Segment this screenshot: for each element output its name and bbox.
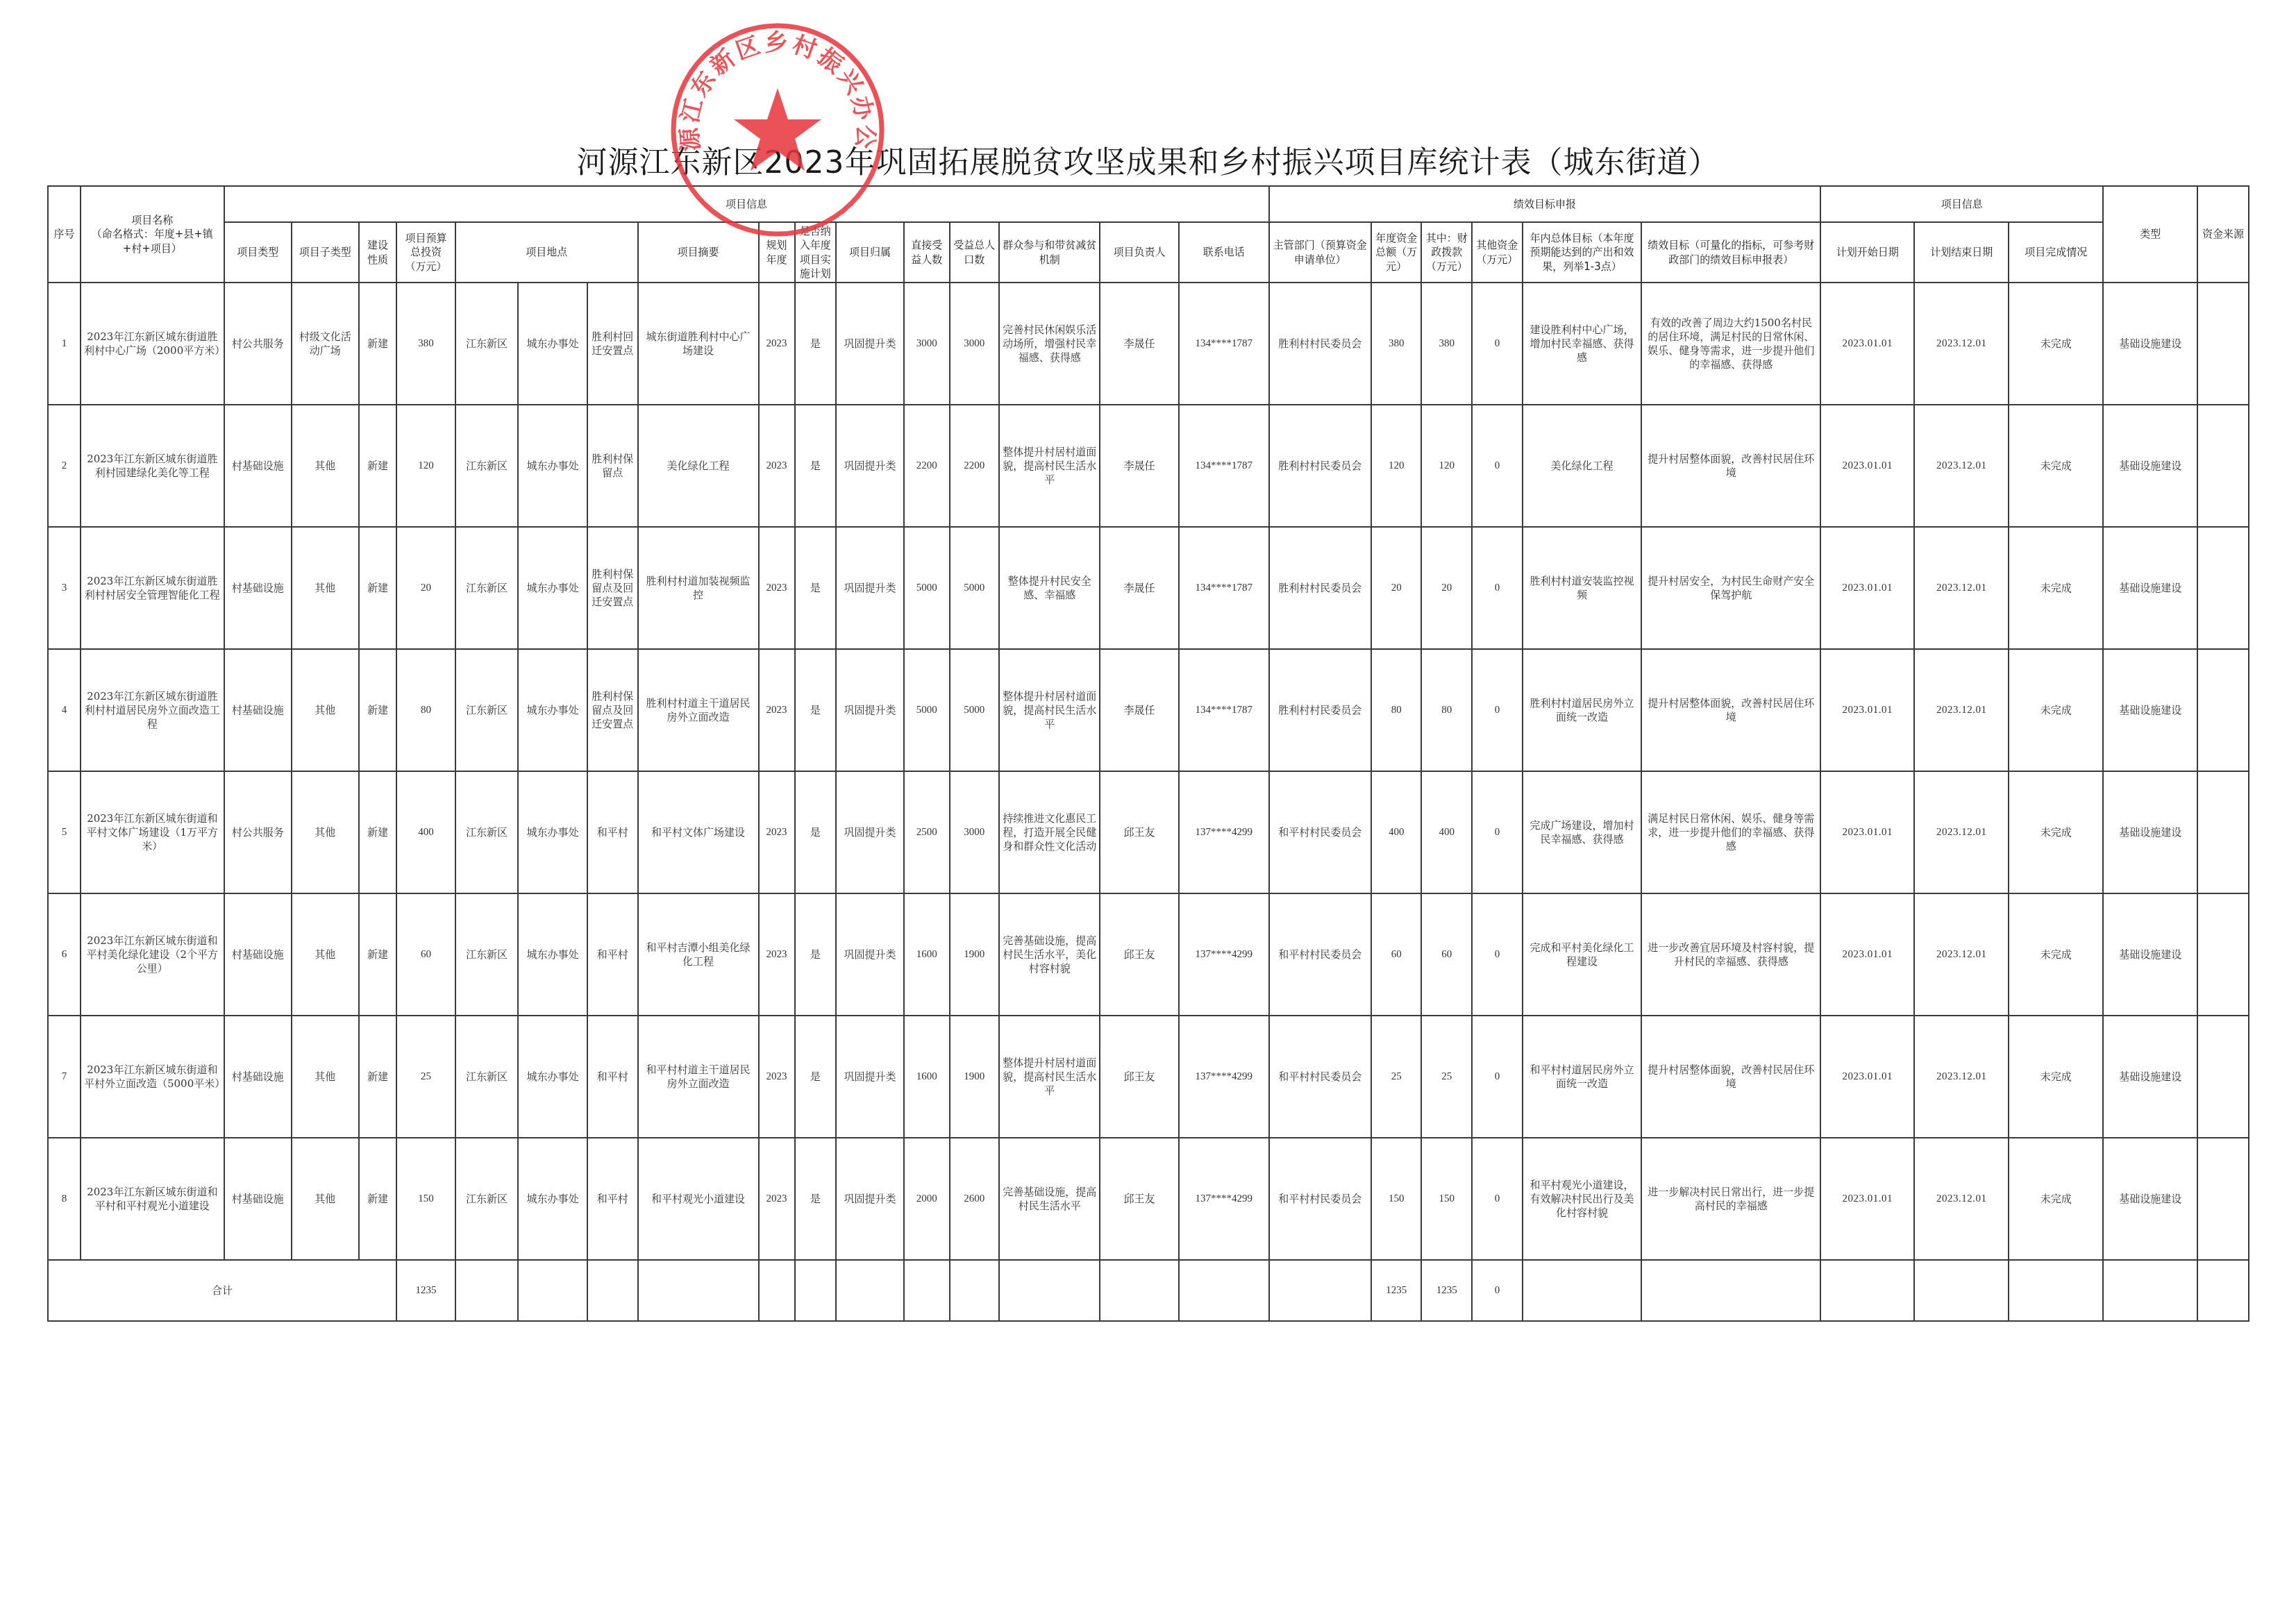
cell-location-office: 城东办事处 bbox=[518, 893, 587, 1016]
cell-mechanism: 整体提升村居村道面貌，提高村民生活水平 bbox=[999, 1016, 1100, 1138]
cell-location-office: 城东办事处 bbox=[518, 283, 587, 405]
cell-mechanism: 完善村民休闲娱乐活动场所，增强村民幸福感、获得感 bbox=[999, 283, 1100, 405]
cell-end-date: 2023.12.01 bbox=[1914, 1138, 2009, 1260]
cell-affiliation: 巩固提升类 bbox=[836, 527, 904, 649]
cell-fund-total: 380 bbox=[1371, 283, 1422, 405]
cell-affiliation: 巩固提升类 bbox=[836, 1138, 904, 1260]
cell-completion-status: 未完成 bbox=[2009, 649, 2103, 771]
cell-fiscal: 20 bbox=[1421, 527, 1472, 649]
header-group-project-info-2: 项目信息 bbox=[1820, 186, 2103, 222]
cell-project-subtype: 其他 bbox=[292, 893, 359, 1016]
cell-leader: 邱王友 bbox=[1100, 1138, 1179, 1260]
cell-affiliation: 巩固提升类 bbox=[836, 405, 904, 527]
cell-summary: 和平村村道主干道居民房外立面改造 bbox=[638, 1016, 759, 1138]
cell-total-beneficiaries: 2600 bbox=[950, 1138, 1000, 1260]
header-summary: 项目摘要 bbox=[638, 222, 759, 283]
cell-other-funds: 0 bbox=[1472, 771, 1523, 893]
cell-fund-source bbox=[2197, 1016, 2249, 1138]
cell-annual-goal: 建设胜利村中心广场，增加村民幸福感、获得感 bbox=[1523, 283, 1642, 405]
cell-fiscal: 80 bbox=[1421, 649, 1472, 771]
cell-annual-goal: 美化绿化工程 bbox=[1523, 405, 1642, 527]
cell-fund-total: 150 bbox=[1371, 1138, 1422, 1260]
cell-fiscal: 120 bbox=[1421, 405, 1472, 527]
cell-location-district: 江东新区 bbox=[455, 649, 518, 771]
header-location: 项目地点 bbox=[455, 222, 638, 283]
cell-end-date: 2023.12.01 bbox=[1914, 527, 2009, 649]
cell-fund-source bbox=[2197, 283, 2249, 405]
cell-plan-year: 2023 bbox=[759, 527, 795, 649]
cell-in-plan: 是 bbox=[795, 893, 836, 1016]
cell-location-office: 城东办事处 bbox=[518, 527, 587, 649]
cell-construction-nature: 新建 bbox=[359, 771, 396, 893]
total-label: 合计 bbox=[48, 1260, 396, 1321]
header-other-funds: 其他资金（万元） bbox=[1472, 222, 1523, 283]
header-project-type: 项目类型 bbox=[224, 222, 292, 283]
cell-fund-source bbox=[2197, 1138, 2249, 1260]
cell-project-type: 村基础设施 bbox=[224, 527, 292, 649]
cell-construction-nature: 新建 bbox=[359, 527, 396, 649]
cell-phone: 134****1787 bbox=[1179, 527, 1269, 649]
cell-department: 胜利村村民委员会 bbox=[1269, 649, 1371, 771]
header-end-date: 计划结束日期 bbox=[1914, 222, 2009, 283]
cell-fund-total: 20 bbox=[1371, 527, 1422, 649]
cell-direct-beneficiaries: 5000 bbox=[904, 527, 949, 649]
cell-project-subtype: 其他 bbox=[292, 527, 359, 649]
cell-performance-goal: 进一步改善宜居环境及村容村貌，提升村民的幸福感、获得感 bbox=[1641, 893, 1820, 1016]
header-phone: 联系电话 bbox=[1179, 222, 1269, 283]
cell-phone: 134****1787 bbox=[1179, 405, 1269, 527]
cell-mechanism: 整体提升村居村道面貌，提高村民生活水平 bbox=[999, 405, 1100, 527]
cell-category: 基础设施建设 bbox=[2103, 649, 2197, 771]
cell-annual-goal: 和平村观光小道建设，有效解决村民出行及美化村容村貌 bbox=[1523, 1138, 1642, 1260]
svg-text:河源江东新区乡村振兴办公室: 河源江东新区乡村振兴办公室 bbox=[663, 15, 880, 152]
cell-fiscal: 25 bbox=[1421, 1016, 1472, 1138]
cell-budget: 80 bbox=[396, 649, 455, 771]
cell-fund-total: 60 bbox=[1371, 893, 1422, 1016]
cell-in-plan: 是 bbox=[795, 283, 836, 405]
cell-other-funds: 0 bbox=[1472, 1016, 1523, 1138]
cell-seq: 5 bbox=[48, 771, 81, 893]
cell-end-date: 2023.12.01 bbox=[1914, 283, 2009, 405]
cell-location-village: 和平村 bbox=[587, 1016, 638, 1138]
total-fiscal: 1235 bbox=[1421, 1260, 1472, 1321]
cell-leader: 邱王友 bbox=[1100, 1016, 1179, 1138]
cell-performance-goal: 提升村居整体面貌，改善村民居住环境 bbox=[1641, 1016, 1820, 1138]
cell-completion-status: 未完成 bbox=[2009, 527, 2103, 649]
cell-department: 和平村村民委员会 bbox=[1269, 1016, 1371, 1138]
header-project-subtype: 项目子类型 bbox=[292, 222, 359, 283]
cell-location-district: 江东新区 bbox=[455, 283, 518, 405]
cell-start-date: 2023.01.01 bbox=[1820, 283, 1914, 405]
cell-fiscal: 60 bbox=[1421, 893, 1472, 1016]
cell-annual-goal: 完成和平村美化绿化工程建设 bbox=[1523, 893, 1642, 1016]
cell-start-date: 2023.01.01 bbox=[1820, 527, 1914, 649]
cell-construction-nature: 新建 bbox=[359, 1138, 396, 1260]
cell-plan-year: 2023 bbox=[759, 1016, 795, 1138]
header-direct-beneficiaries: 直接受益人数 bbox=[904, 222, 949, 283]
cell-phone: 134****1787 bbox=[1179, 649, 1269, 771]
cell-project-subtype: 村级文化活动广场 bbox=[292, 283, 359, 405]
cell-completion-status: 未完成 bbox=[2009, 405, 2103, 527]
cell-fund-total: 25 bbox=[1371, 1016, 1422, 1138]
cell-department: 胜利村村民委员会 bbox=[1269, 527, 1371, 649]
cell-fund-total: 80 bbox=[1371, 649, 1422, 771]
cell-plan-year: 2023 bbox=[759, 405, 795, 527]
cell-location-office: 城东办事处 bbox=[518, 649, 587, 771]
cell-other-funds: 0 bbox=[1472, 527, 1523, 649]
cell-in-plan: 是 bbox=[795, 405, 836, 527]
header-category: 类型 bbox=[2103, 186, 2197, 283]
cell-leader: 李晟任 bbox=[1100, 649, 1179, 771]
cell-fund-source bbox=[2197, 527, 2249, 649]
cell-other-funds: 0 bbox=[1472, 283, 1523, 405]
cell-summary: 美化绿化工程 bbox=[638, 405, 759, 527]
header-plan-year: 规划年度 bbox=[759, 222, 795, 283]
cell-budget: 60 bbox=[396, 893, 455, 1016]
cell-seq: 3 bbox=[48, 527, 81, 649]
cell-summary: 胜利村村道主干道居民房外立面改造 bbox=[638, 649, 759, 771]
cell-category: 基础设施建设 bbox=[2103, 893, 2197, 1016]
cell-project-name: 2023年江东新区城东街道胜利村村道居民房外立面改造工程 bbox=[81, 649, 224, 771]
header-annual-goal: 年内总体目标（本年度预期能达到的产出和效果，列举1-3点） bbox=[1523, 222, 1642, 283]
cell-total-beneficiaries: 3000 bbox=[950, 771, 1000, 893]
table-row: 7 2023年江东新区城东街道和平村外立面改造（5000平米） 村基础设施 其他… bbox=[48, 1016, 2249, 1138]
cell-affiliation: 巩固提升类 bbox=[836, 649, 904, 771]
cell-fund-source bbox=[2197, 893, 2249, 1016]
cell-summary: 和平村观光小道建设 bbox=[638, 1138, 759, 1260]
cell-leader: 李晟任 bbox=[1100, 527, 1179, 649]
cell-annual-goal: 和平村村道居民房外立面统一改造 bbox=[1523, 1016, 1642, 1138]
cell-location-village: 和平村 bbox=[587, 893, 638, 1016]
cell-summary: 和平村吉潭小组美化绿化工程 bbox=[638, 893, 759, 1016]
cell-department: 胜利村村民委员会 bbox=[1269, 405, 1371, 527]
cell-phone: 137****4299 bbox=[1179, 1138, 1269, 1260]
cell-department: 和平村村民委员会 bbox=[1269, 893, 1371, 1016]
cell-end-date: 2023.12.01 bbox=[1914, 771, 2009, 893]
table-row: 1 2023年江东新区城东街道胜利村中心广场（2000平方米） 村公共服务 村级… bbox=[48, 283, 2249, 405]
cell-project-subtype: 其他 bbox=[292, 649, 359, 771]
cell-end-date: 2023.12.01 bbox=[1914, 1016, 2009, 1138]
cell-start-date: 2023.01.01 bbox=[1820, 1016, 1914, 1138]
cell-budget: 380 bbox=[396, 283, 455, 405]
cell-project-type: 村基础设施 bbox=[224, 405, 292, 527]
cell-total-beneficiaries: 3000 bbox=[950, 283, 1000, 405]
cell-annual-goal: 完成广场建设，增加村民幸福感、获得感 bbox=[1523, 771, 1642, 893]
cell-direct-beneficiaries: 2000 bbox=[904, 1138, 949, 1260]
total-budget: 1235 bbox=[396, 1260, 455, 1321]
cell-other-funds: 0 bbox=[1472, 893, 1523, 1016]
header-seq: 序号 bbox=[48, 186, 81, 283]
cell-mechanism: 完善基础设施，提高村民生活水平，美化村容村貌 bbox=[999, 893, 1100, 1016]
cell-fiscal: 150 bbox=[1421, 1138, 1472, 1260]
cell-construction-nature: 新建 bbox=[359, 893, 396, 1016]
cell-completion-status: 未完成 bbox=[2009, 1016, 2103, 1138]
cell-category: 基础设施建设 bbox=[2103, 283, 2197, 405]
cell-phone: 134****1787 bbox=[1179, 283, 1269, 405]
cell-completion-status: 未完成 bbox=[2009, 893, 2103, 1016]
header-project-name: 项目名称 （命名格式：年度+县+镇+村+项目） bbox=[81, 186, 224, 283]
cell-completion-status: 未完成 bbox=[2009, 1138, 2103, 1260]
cell-affiliation: 巩固提升类 bbox=[836, 1016, 904, 1138]
cell-plan-year: 2023 bbox=[759, 1138, 795, 1260]
cell-total-beneficiaries: 1900 bbox=[950, 1016, 1000, 1138]
cell-performance-goal: 有效的改善了周边大约1500名村民的居住环境，满足村民的日常休闲、娱乐、健身等需… bbox=[1641, 283, 1820, 405]
project-table: 序号 项目名称 （命名格式：年度+县+镇+村+项目） 项目信息 绩效目标申报 项… bbox=[47, 185, 2249, 1322]
cell-location-district: 江东新区 bbox=[455, 1138, 518, 1260]
header-budget-total: 项目预算总投资（万元） bbox=[396, 222, 455, 283]
cell-performance-goal: 提升村居整体面貌，改善村民居住环境 bbox=[1641, 649, 1820, 771]
header-in-annual-plan: 是否纳入年度项目实施计划 bbox=[795, 222, 836, 283]
cell-category: 基础设施建设 bbox=[2103, 771, 2197, 893]
header-group-performance: 绩效目标申报 bbox=[1269, 186, 1821, 222]
cell-start-date: 2023.01.01 bbox=[1820, 1138, 1914, 1260]
cell-project-name: 2023年江东新区城东街道胜利村村居安全管理智能化工程 bbox=[81, 527, 224, 649]
cell-project-subtype: 其他 bbox=[292, 771, 359, 893]
cell-project-type: 村基础设施 bbox=[224, 1016, 292, 1138]
cell-phone: 137****4299 bbox=[1179, 771, 1269, 893]
cell-department: 和平村村民委员会 bbox=[1269, 771, 1371, 893]
cell-project-type: 村基础设施 bbox=[224, 649, 292, 771]
cell-department: 胜利村村民委员会 bbox=[1269, 283, 1371, 405]
cell-start-date: 2023.01.01 bbox=[1820, 649, 1914, 771]
cell-location-village: 胜利村保留点 bbox=[587, 405, 638, 527]
table-row: 6 2023年江东新区城东街道和平村美化绿化建设（2个平方公里） 村基础设施 其… bbox=[48, 893, 2249, 1016]
total-row: 合计 1235 1235 1235 0 bbox=[48, 1260, 2249, 1321]
cell-completion-status: 未完成 bbox=[2009, 283, 2103, 405]
cell-summary: 和平村文体广场建设 bbox=[638, 771, 759, 893]
cell-plan-year: 2023 bbox=[759, 649, 795, 771]
cell-location-district: 江东新区 bbox=[455, 527, 518, 649]
cell-total-beneficiaries: 5000 bbox=[950, 649, 1000, 771]
cell-phone: 137****4299 bbox=[1179, 1016, 1269, 1138]
cell-direct-beneficiaries: 5000 bbox=[904, 649, 949, 771]
cell-other-funds: 0 bbox=[1472, 1138, 1523, 1260]
cell-leader: 李晟任 bbox=[1100, 283, 1179, 405]
cell-leader: 邱王友 bbox=[1100, 893, 1179, 1016]
cell-total-beneficiaries: 1900 bbox=[950, 893, 1000, 1016]
cell-budget: 150 bbox=[396, 1138, 455, 1260]
cell-seq: 2 bbox=[48, 405, 81, 527]
cell-mechanism: 整体提升村民安全感、幸福感 bbox=[999, 527, 1100, 649]
cell-in-plan: 是 bbox=[795, 1138, 836, 1260]
cell-performance-goal: 提升村居安全，为村民生命财产安全保驾护航 bbox=[1641, 527, 1820, 649]
cell-project-subtype: 其他 bbox=[292, 1138, 359, 1260]
cell-project-type: 村基础设施 bbox=[224, 893, 292, 1016]
cell-category: 基础设施建设 bbox=[2103, 1016, 2197, 1138]
cell-category: 基础设施建设 bbox=[2103, 527, 2197, 649]
cell-start-date: 2023.01.01 bbox=[1820, 771, 1914, 893]
cell-budget: 20 bbox=[396, 527, 455, 649]
cell-affiliation: 巩固提升类 bbox=[836, 893, 904, 1016]
cell-category: 基础设施建设 bbox=[2103, 405, 2197, 527]
cell-direct-beneficiaries: 2200 bbox=[904, 405, 949, 527]
cell-end-date: 2023.12.01 bbox=[1914, 649, 2009, 771]
cell-location-office: 城东办事处 bbox=[518, 1016, 587, 1138]
cell-in-plan: 是 bbox=[795, 771, 836, 893]
cell-mechanism: 完善基础设施，提高村民生活水平 bbox=[999, 1138, 1100, 1260]
cell-mechanism: 整体提升村居村道面貌，提高村民生活水平 bbox=[999, 649, 1100, 771]
cell-total-beneficiaries: 2200 bbox=[950, 405, 1000, 527]
cell-project-type: 村公共服务 bbox=[224, 771, 292, 893]
header-annual-fund-total: 年度资金总额（万元） bbox=[1371, 222, 1422, 283]
cell-completion-status: 未完成 bbox=[2009, 771, 2103, 893]
cell-project-name: 2023年江东新区城东街道和平村外立面改造（5000平米） bbox=[81, 1016, 224, 1138]
header-construction-nature: 建设性质 bbox=[359, 222, 396, 283]
cell-fiscal: 400 bbox=[1421, 771, 1472, 893]
header-group-project-info: 项目信息 bbox=[224, 186, 1269, 222]
page-title: 河源江东新区2023年巩固拓展脱贫攻坚成果和乡村振兴项目库统计表（城东街道） bbox=[0, 137, 2296, 182]
cell-seq: 7 bbox=[48, 1016, 81, 1138]
table-row: 5 2023年江东新区城东街道和平村文体广场建设（1万平方米） 村公共服务 其他… bbox=[48, 771, 2249, 893]
cell-other-funds: 0 bbox=[1472, 649, 1523, 771]
cell-location-village: 胜利村保留点及回迁安置点 bbox=[587, 527, 638, 649]
cell-summary: 胜利村村道加装视频监控 bbox=[638, 527, 759, 649]
cell-department: 和平村村民委员会 bbox=[1269, 1138, 1371, 1260]
cell-location-village: 和平村 bbox=[587, 771, 638, 893]
cell-in-plan: 是 bbox=[795, 1016, 836, 1138]
cell-location-office: 城东办事处 bbox=[518, 771, 587, 893]
cell-seq: 6 bbox=[48, 893, 81, 1016]
cell-annual-goal: 胜利村村道居民房外立面统一改造 bbox=[1523, 649, 1642, 771]
header-fiscal-allocation: 其中：财政拨款（万元） bbox=[1421, 222, 1472, 283]
header-fund-source: 资金来源 bbox=[2197, 186, 2249, 283]
cell-fund-source bbox=[2197, 649, 2249, 771]
cell-performance-goal: 提升村居整体面貌，改善村民居住环境 bbox=[1641, 405, 1820, 527]
cell-location-office: 城东办事处 bbox=[518, 405, 587, 527]
cell-end-date: 2023.12.01 bbox=[1914, 893, 2009, 1016]
cell-project-type: 村基础设施 bbox=[224, 1138, 292, 1260]
header-mechanism: 群众参与和带贫减贫机制 bbox=[999, 222, 1100, 283]
cell-summary: 城东街道胜利村中心广场建设 bbox=[638, 283, 759, 405]
cell-location-village: 和平村 bbox=[587, 1138, 638, 1260]
cell-annual-goal: 胜利村村道安装监控视频 bbox=[1523, 527, 1642, 649]
table-row: 3 2023年江东新区城东街道胜利村村居安全管理智能化工程 村基础设施 其他 新… bbox=[48, 527, 2249, 649]
cell-project-name: 2023年江东新区城东街道和平村美化绿化建设（2个平方公里） bbox=[81, 893, 224, 1016]
cell-performance-goal: 进一步解决村民日常出行，进一步提高村民的幸福感 bbox=[1641, 1138, 1820, 1260]
cell-construction-nature: 新建 bbox=[359, 283, 396, 405]
cell-location-district: 江东新区 bbox=[455, 1016, 518, 1138]
cell-project-name: 2023年江东新区城东街道和平村文体广场建设（1万平方米） bbox=[81, 771, 224, 893]
cell-start-date: 2023.01.01 bbox=[1820, 893, 1914, 1016]
cell-affiliation: 巩固提升类 bbox=[836, 771, 904, 893]
total-other: 0 bbox=[1472, 1260, 1523, 1321]
cell-project-type: 村公共服务 bbox=[224, 283, 292, 405]
cell-project-name: 2023年江东新区城东街道胜利村中心广场（2000平方米） bbox=[81, 283, 224, 405]
cell-end-date: 2023.12.01 bbox=[1914, 405, 2009, 527]
header-leader: 项目负责人 bbox=[1100, 222, 1179, 283]
cell-fund-source bbox=[2197, 405, 2249, 527]
cell-project-subtype: 其他 bbox=[292, 1016, 359, 1138]
header-total-beneficiaries: 受益总人口数 bbox=[950, 222, 1000, 283]
cell-location-district: 江东新区 bbox=[455, 405, 518, 527]
cell-direct-beneficiaries: 1600 bbox=[904, 1016, 949, 1138]
header-department: 主管部门（预算资金申请单位） bbox=[1269, 222, 1371, 283]
cell-location-district: 江东新区 bbox=[455, 771, 518, 893]
cell-construction-nature: 新建 bbox=[359, 1016, 396, 1138]
cell-direct-beneficiaries: 3000 bbox=[904, 283, 949, 405]
table-row: 4 2023年江东新区城东街道胜利村村道居民房外立面改造工程 村基础设施 其他 … bbox=[48, 649, 2249, 771]
cell-plan-year: 2023 bbox=[759, 283, 795, 405]
cell-location-village: 胜利村回迁安置点 bbox=[587, 283, 638, 405]
cell-other-funds: 0 bbox=[1472, 405, 1523, 527]
cell-start-date: 2023.01.01 bbox=[1820, 405, 1914, 527]
table-row: 8 2023年江东新区城东街道和平村和平村观光小道建设 村基础设施 其他 新建 … bbox=[48, 1138, 2249, 1260]
cell-location-office: 城东办事处 bbox=[518, 1138, 587, 1260]
seal-text: 河源江东新区乡村振兴办公室 bbox=[663, 15, 880, 152]
cell-in-plan: 是 bbox=[795, 649, 836, 771]
cell-seq: 4 bbox=[48, 649, 81, 771]
cell-project-name: 2023年江东新区城东街道和平村和平村观光小道建设 bbox=[81, 1138, 224, 1260]
cell-plan-year: 2023 bbox=[759, 771, 795, 893]
cell-project-name: 2023年江东新区城东街道胜利村园建绿化美化等工程 bbox=[81, 405, 224, 527]
cell-plan-year: 2023 bbox=[759, 893, 795, 1016]
table-row: 2 2023年江东新区城东街道胜利村园建绿化美化等工程 村基础设施 其他 新建 … bbox=[48, 405, 2249, 527]
cell-direct-beneficiaries: 2500 bbox=[904, 771, 949, 893]
cell-in-plan: 是 bbox=[795, 527, 836, 649]
cell-construction-nature: 新建 bbox=[359, 649, 396, 771]
cell-seq: 1 bbox=[48, 283, 81, 405]
cell-category: 基础设施建设 bbox=[2103, 1138, 2197, 1260]
cell-performance-goal: 满足村民日常休闲、娱乐、健身等需求，进一步提升他们的幸福感、获得感 bbox=[1641, 771, 1820, 893]
cell-fund-source bbox=[2197, 771, 2249, 893]
cell-direct-beneficiaries: 1600 bbox=[904, 893, 949, 1016]
cell-fiscal: 380 bbox=[1421, 283, 1472, 405]
cell-affiliation: 巩固提升类 bbox=[836, 283, 904, 405]
cell-fund-total: 120 bbox=[1371, 405, 1422, 527]
cell-phone: 137****4299 bbox=[1179, 893, 1269, 1016]
header-performance-goal: 绩效目标（可量化的指标，可参考财政部门的绩效目标申报表） bbox=[1641, 222, 1820, 283]
cell-total-beneficiaries: 5000 bbox=[950, 527, 1000, 649]
cell-seq: 8 bbox=[48, 1138, 81, 1260]
cell-fund-total: 400 bbox=[1371, 771, 1422, 893]
header-completion-status: 项目完成情况 bbox=[2009, 222, 2103, 283]
cell-leader: 李晟任 bbox=[1100, 405, 1179, 527]
cell-mechanism: 持续推进文化惠民工程，打造开展全民健身和群众性文化活动 bbox=[999, 771, 1100, 893]
cell-project-subtype: 其他 bbox=[292, 405, 359, 527]
cell-leader: 邱王友 bbox=[1100, 771, 1179, 893]
cell-construction-nature: 新建 bbox=[359, 405, 396, 527]
total-fund-total: 1235 bbox=[1371, 1260, 1422, 1321]
cell-location-district: 江东新区 bbox=[455, 893, 518, 1016]
cell-budget: 400 bbox=[396, 771, 455, 893]
cell-budget: 25 bbox=[396, 1016, 455, 1138]
cell-budget: 120 bbox=[396, 405, 455, 527]
cell-location-village: 胜利村保留点及回迁安置点 bbox=[587, 649, 638, 771]
header-affiliation: 项目归属 bbox=[836, 222, 904, 283]
header-start-date: 计划开始日期 bbox=[1820, 222, 1914, 283]
